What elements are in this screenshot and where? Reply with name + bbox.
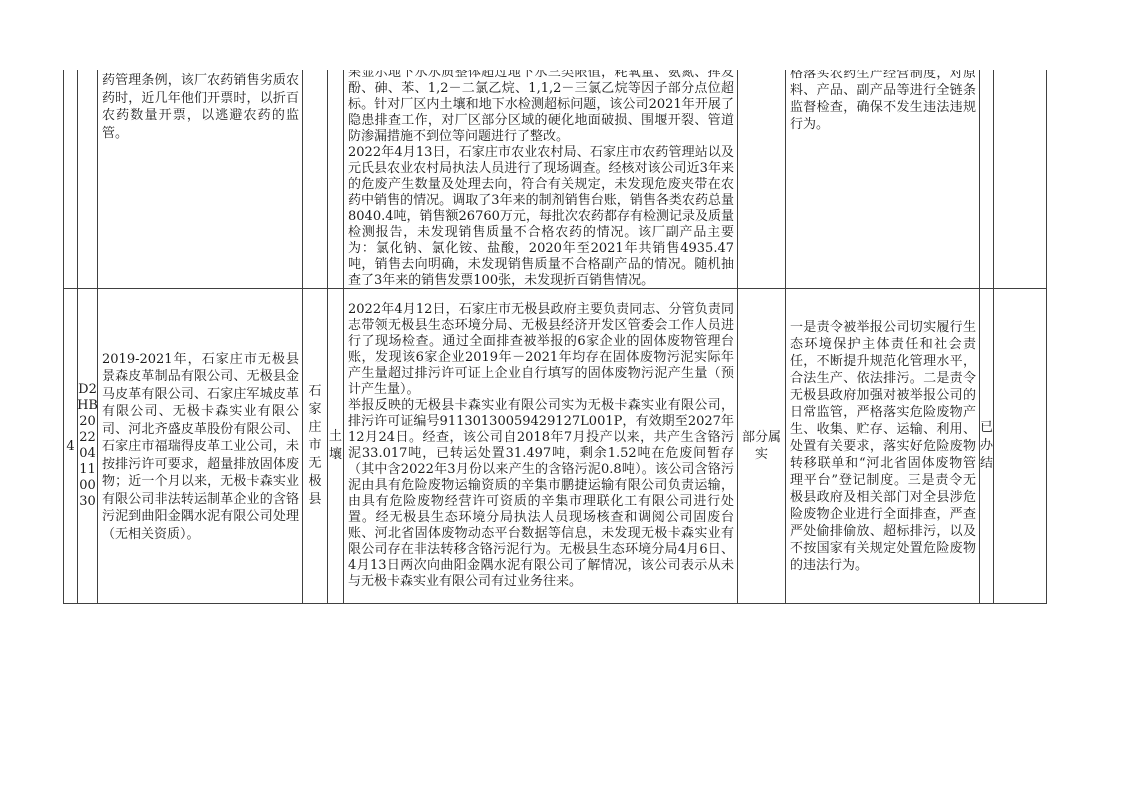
row4-region-cell: 石家庄市无极县 <box>303 289 328 603</box>
prev-row-case-id-cell <box>78 70 98 289</box>
prev-row-investigation-text: 果显示地下水水质整体超过地下水三类限值，耗氧量、氨氮、挥发酚、砷、苯、1,2－二… <box>344 70 737 289</box>
row4-investigation-cell: 2022年4月12日，石家庄市无极县政府主要负责同志、分管负责同志带领无极县生态… <box>344 289 738 603</box>
row4-verification: 部分属实 <box>738 429 785 463</box>
prev-row-investigation-cell: 果显示地下水水质整体超过地下水三类限值，耗氧量、氨氮、挥发酚、砷、苯、1,2－二… <box>344 70 738 289</box>
row4-index-cell: 4 <box>64 289 78 603</box>
row4-status-cell: 已办结 <box>980 289 994 603</box>
row4-case-id: D2 HB 20 22 04 11 00 30 <box>78 382 98 510</box>
prev-row-complaint-text: 药管理条例，该厂农药销售劣质农药时，近几年他们开票时，以折百农药数量开票，以逃避… <box>98 70 302 142</box>
prev-row-index-cell <box>64 70 78 289</box>
row4-category: 土壤 <box>329 428 343 464</box>
inspection-report-table: 药管理条例，该厂农药销售劣质农药时，近几年他们开票时，以折百农药数量开票，以逃避… <box>63 70 1047 604</box>
row4-investigation-text: 2022年4月12日，石家庄市无极县政府主要负责同志、分管负责同志带领无极县生态… <box>344 302 737 590</box>
prev-row-handling-cell: 格落实农药生产经营制度，对原料、产品、副产品等进行全链条监督检查，确保不发生违法… <box>786 70 980 289</box>
prev-row-region-cell <box>303 70 328 289</box>
prev-row-complaint-cell: 药管理条例，该厂农药销售劣质农药时，近几年他们开票时，以折百农药数量开票，以逃避… <box>98 70 303 289</box>
row4-index: 4 <box>66 439 74 454</box>
row4-category-cell: 土壤 <box>328 289 344 603</box>
prev-row-handling-text: 格落实农药生产经营制度，对原料、产品、副产品等进行全链条监督检查，确保不发生违法… <box>786 70 979 133</box>
row4-region: 石家庄市无极县 <box>308 383 322 509</box>
prev-row-category-cell <box>328 70 344 289</box>
row4-complaint-cell: 2019-2021年，石家庄市无极县景森皮革制品有限公司、无极县金马皮革有限公司… <box>98 289 303 603</box>
prev-row-status-cell <box>980 70 994 289</box>
row4-handling-text: 一是责令被举报公司切实履行生态环境保护主体责任和社会责任，不断提升规范化管理水平… <box>786 319 979 574</box>
row4-handling-cell: 一是责令被举报公司切实履行生态环境保护主体责任和社会责任，不断提升规范化管理水平… <box>786 289 980 603</box>
row4-complaint-text: 2019-2021年，石家庄市无极县景森皮革制品有限公司、无极县金马皮革有限公司… <box>98 349 302 544</box>
row4-verification-cell: 部分属实 <box>738 289 786 603</box>
prev-row-remark-cell <box>994 70 1046 289</box>
prev-row-verification-cell <box>738 70 786 289</box>
document-page: 药管理条例，该厂农药销售劣质农药时，近几年他们开票时，以折百农药数量开票，以逃避… <box>0 0 1122 793</box>
row4-status: 已办结 <box>980 419 993 473</box>
row4-case-id-cell: D2 HB 20 22 04 11 00 30 <box>78 289 98 603</box>
row4-remark-cell <box>994 289 1046 603</box>
